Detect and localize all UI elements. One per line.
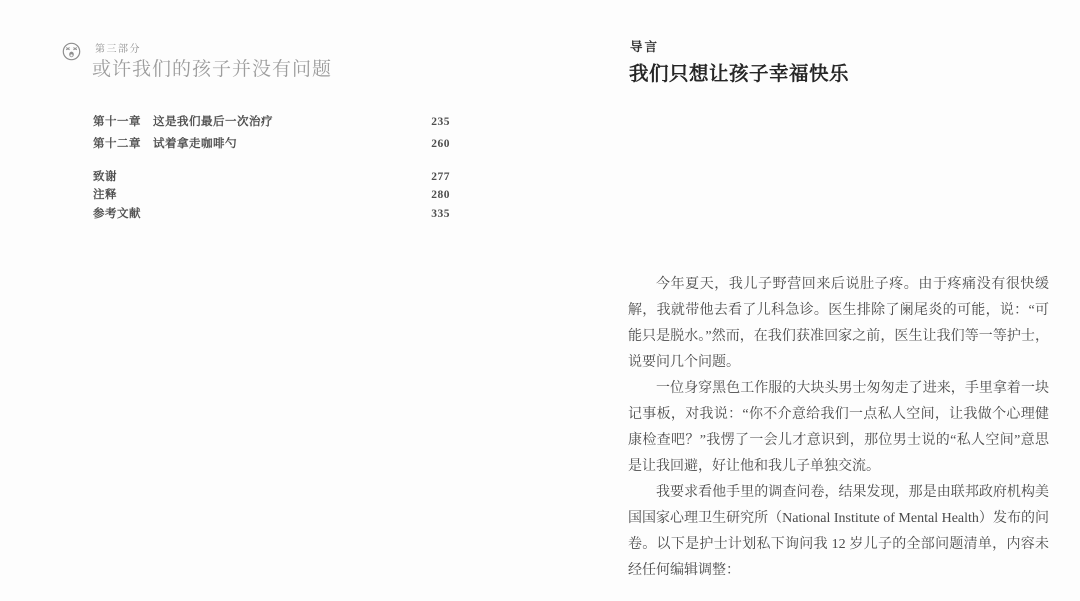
part-title: 或许我们的孩子并没有问题 xyxy=(92,54,332,81)
book-spread: 第三部分 或许我们的孩子并没有问题 第十一章 这是我们最后一次治疗 235 第十… xyxy=(0,0,1080,601)
chapter-label: 第十二章 xyxy=(93,135,153,151)
toc-row-acknowledgements: 致谢 277 xyxy=(93,168,450,184)
part-label: 第三部分 xyxy=(95,40,141,55)
body-paragraph: 我要求看他手里的调查问卷，结果发现，那是由联邦政府机构美国国家心理卫生研究所（N… xyxy=(628,480,1049,584)
section-label: 导言 xyxy=(630,37,659,55)
back-matter-title: 致谢 xyxy=(93,168,431,184)
chapter-title: 试着拿走咖啡勺 xyxy=(153,135,431,151)
page-number: 335 xyxy=(431,208,450,220)
chapter-title: 这是我们最后一次治疗 xyxy=(153,113,431,129)
weary-face-icon xyxy=(62,42,81,61)
body-paragraph: 一位身穿黑色工作服的大块头男士匆匆走了进来，手里拿着一块记事板，对我说：“你不介… xyxy=(628,376,1049,480)
body-text: 今年夏天，我儿子野营回来后说肚子疼。由于疼痛没有很快缓解，我就带他去看了儿科急诊… xyxy=(628,272,1049,584)
toc-row-chapter-11: 第十一章 这是我们最后一次治疗 235 xyxy=(93,113,450,129)
chapter-heading: 我们只想让孩子幸福快乐 xyxy=(629,58,849,86)
chapter-label: 第十一章 xyxy=(93,113,153,129)
body-paragraph: 今年夏天，我儿子野营回来后说肚子疼。由于疼痛没有很快缓解，我就带他去看了儿科急诊… xyxy=(628,272,1049,376)
back-matter-title: 参考文献 xyxy=(93,205,431,221)
page-number: 235 xyxy=(431,116,450,128)
toc-row-chapter-12: 第十二章 试着拿走咖啡勺 260 xyxy=(93,135,450,151)
toc-row-references: 参考文献 335 xyxy=(93,205,450,221)
page-number: 277 xyxy=(431,171,450,183)
toc-row-notes: 注释 280 xyxy=(93,186,450,202)
page-number: 260 xyxy=(431,138,450,150)
page-number: 280 xyxy=(431,189,450,201)
back-matter-title: 注释 xyxy=(93,186,431,202)
